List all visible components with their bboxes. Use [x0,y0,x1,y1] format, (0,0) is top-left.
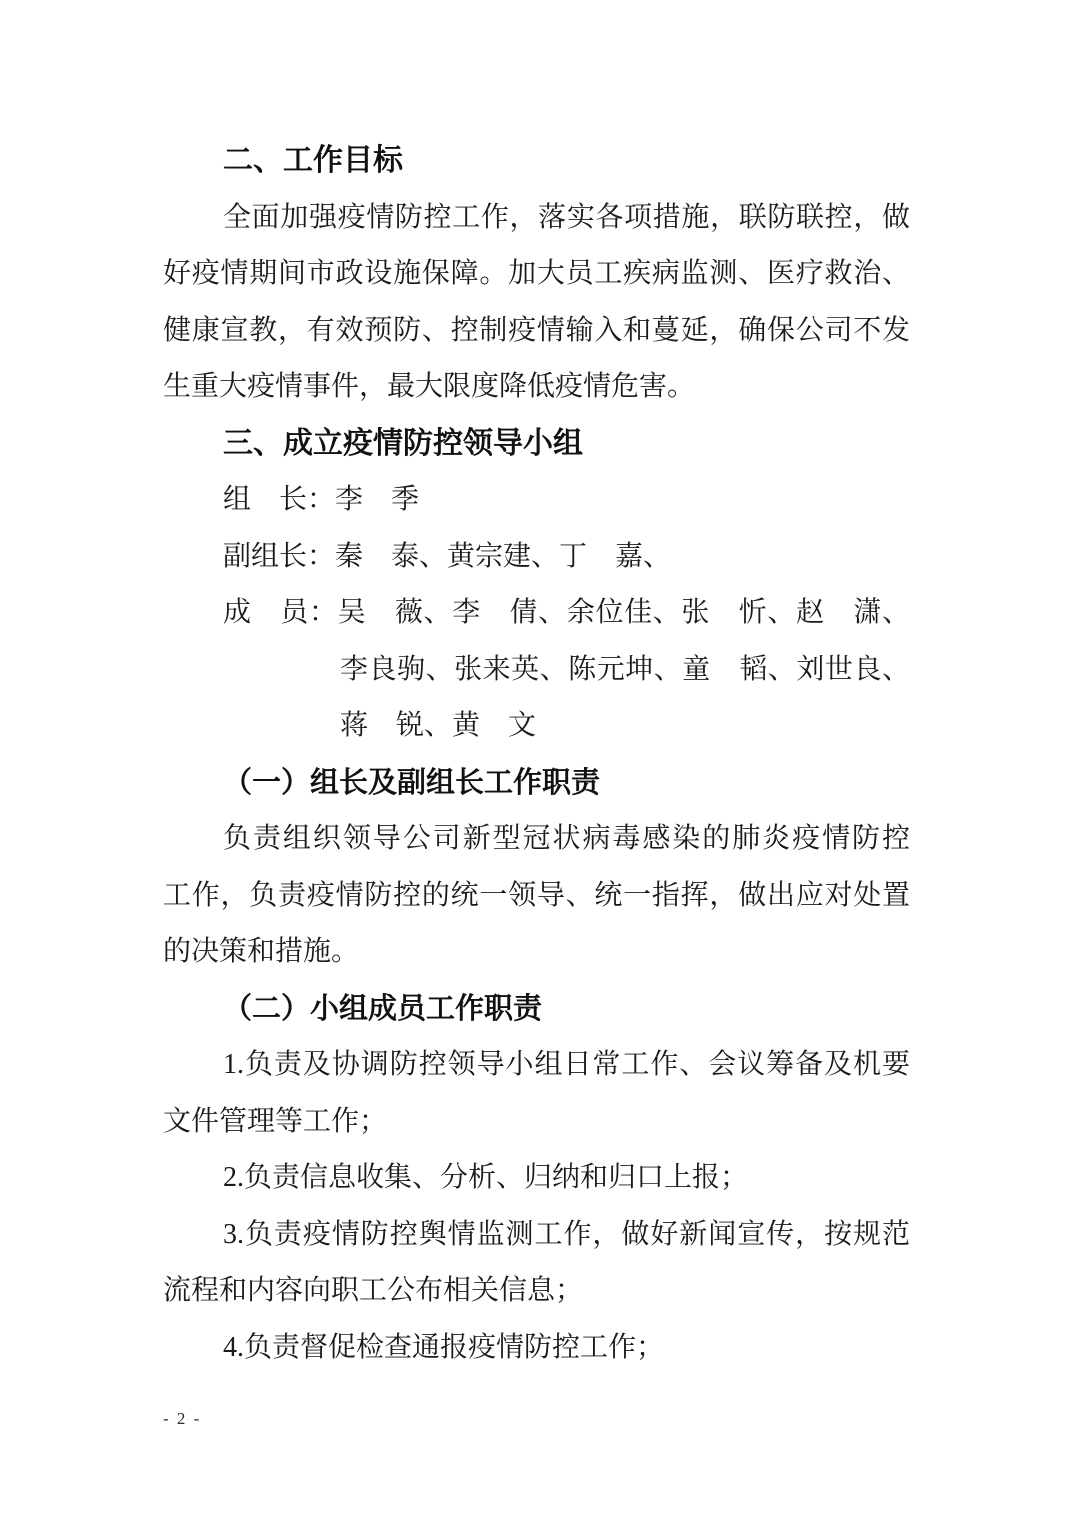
roster-members-line-1: 成 员：吴 薇、李 倩、余位佳、张 忻、赵 潇、 [163,585,910,642]
roster-group-leader: 组 长：李 季 [163,472,910,529]
roster-members-line-3: 蒋 锐、黄 文 [163,698,910,755]
paragraph-goals-line-3: 健康宣教，有效预防、控制疫情输入和蔓延，确保公司不发 [163,303,910,360]
roster-deputy-leaders: 副组长：秦 泰、黄宗建、丁 嘉、 [163,529,910,586]
duty-item-3-line-2: 流程和内容向职工公布相关信息； [163,1263,910,1320]
paragraph-goals-line-1: 全面加强疫情防控工作，落实各项措施，联防联控，做 [163,190,910,247]
duty-item-4: 4.负责督促检查通报疫情防控工作； [163,1320,910,1377]
paragraph-goals-line-2: 好疫情期间市政设施保障。加大员工疾病监测、医疗救治、 [163,246,910,303]
subheading-leader-duties: （一）组长及副组长工作职责 [163,755,910,812]
paragraph-leader-duties-2: 工作，负责疫情防控的统一领导、统一指挥，做出应对处置 [163,868,910,925]
roster-members-line-2: 李良驹、张来英、陈元坤、童 韬、刘世良、 [163,642,910,699]
duty-item-1-line-2: 文件管理等工作； [163,1094,910,1151]
paragraph-leader-duties-3: 的决策和措施。 [163,924,910,981]
duty-item-2: 2.负责信息收集、分析、归纳和归口上报； [163,1150,910,1207]
paragraph-goals-line-4: 生重大疫情事件，最大限度降低疫情危害。 [163,359,910,416]
document-body: 二、工作目标 全面加强疫情防控工作，落实各项措施，联防联控，做 好疫情期间市政设… [163,133,910,1376]
document-page: 二、工作目标 全面加强疫情防控工作，落实各项措施，联防联控，做 好疫情期间市政设… [0,0,1080,1527]
duty-item-1-line-1: 1.负责及协调防控领导小组日常工作、会议筹备及机要 [163,1037,910,1094]
duty-item-3-line-1: 3.负责疫情防控舆情监测工作，做好新闻宣传，按规范 [163,1207,910,1264]
paragraph-leader-duties-1: 负责组织领导公司新型冠状病毒感染的肺炎疫情防控 [163,811,910,868]
heading-leading-group: 三、成立疫情防控领导小组 [163,416,910,473]
page-number: - 2 - [163,1406,201,1432]
subheading-member-duties: （二）小组成员工作职责 [163,981,910,1038]
heading-work-goals: 二、工作目标 [163,133,910,190]
